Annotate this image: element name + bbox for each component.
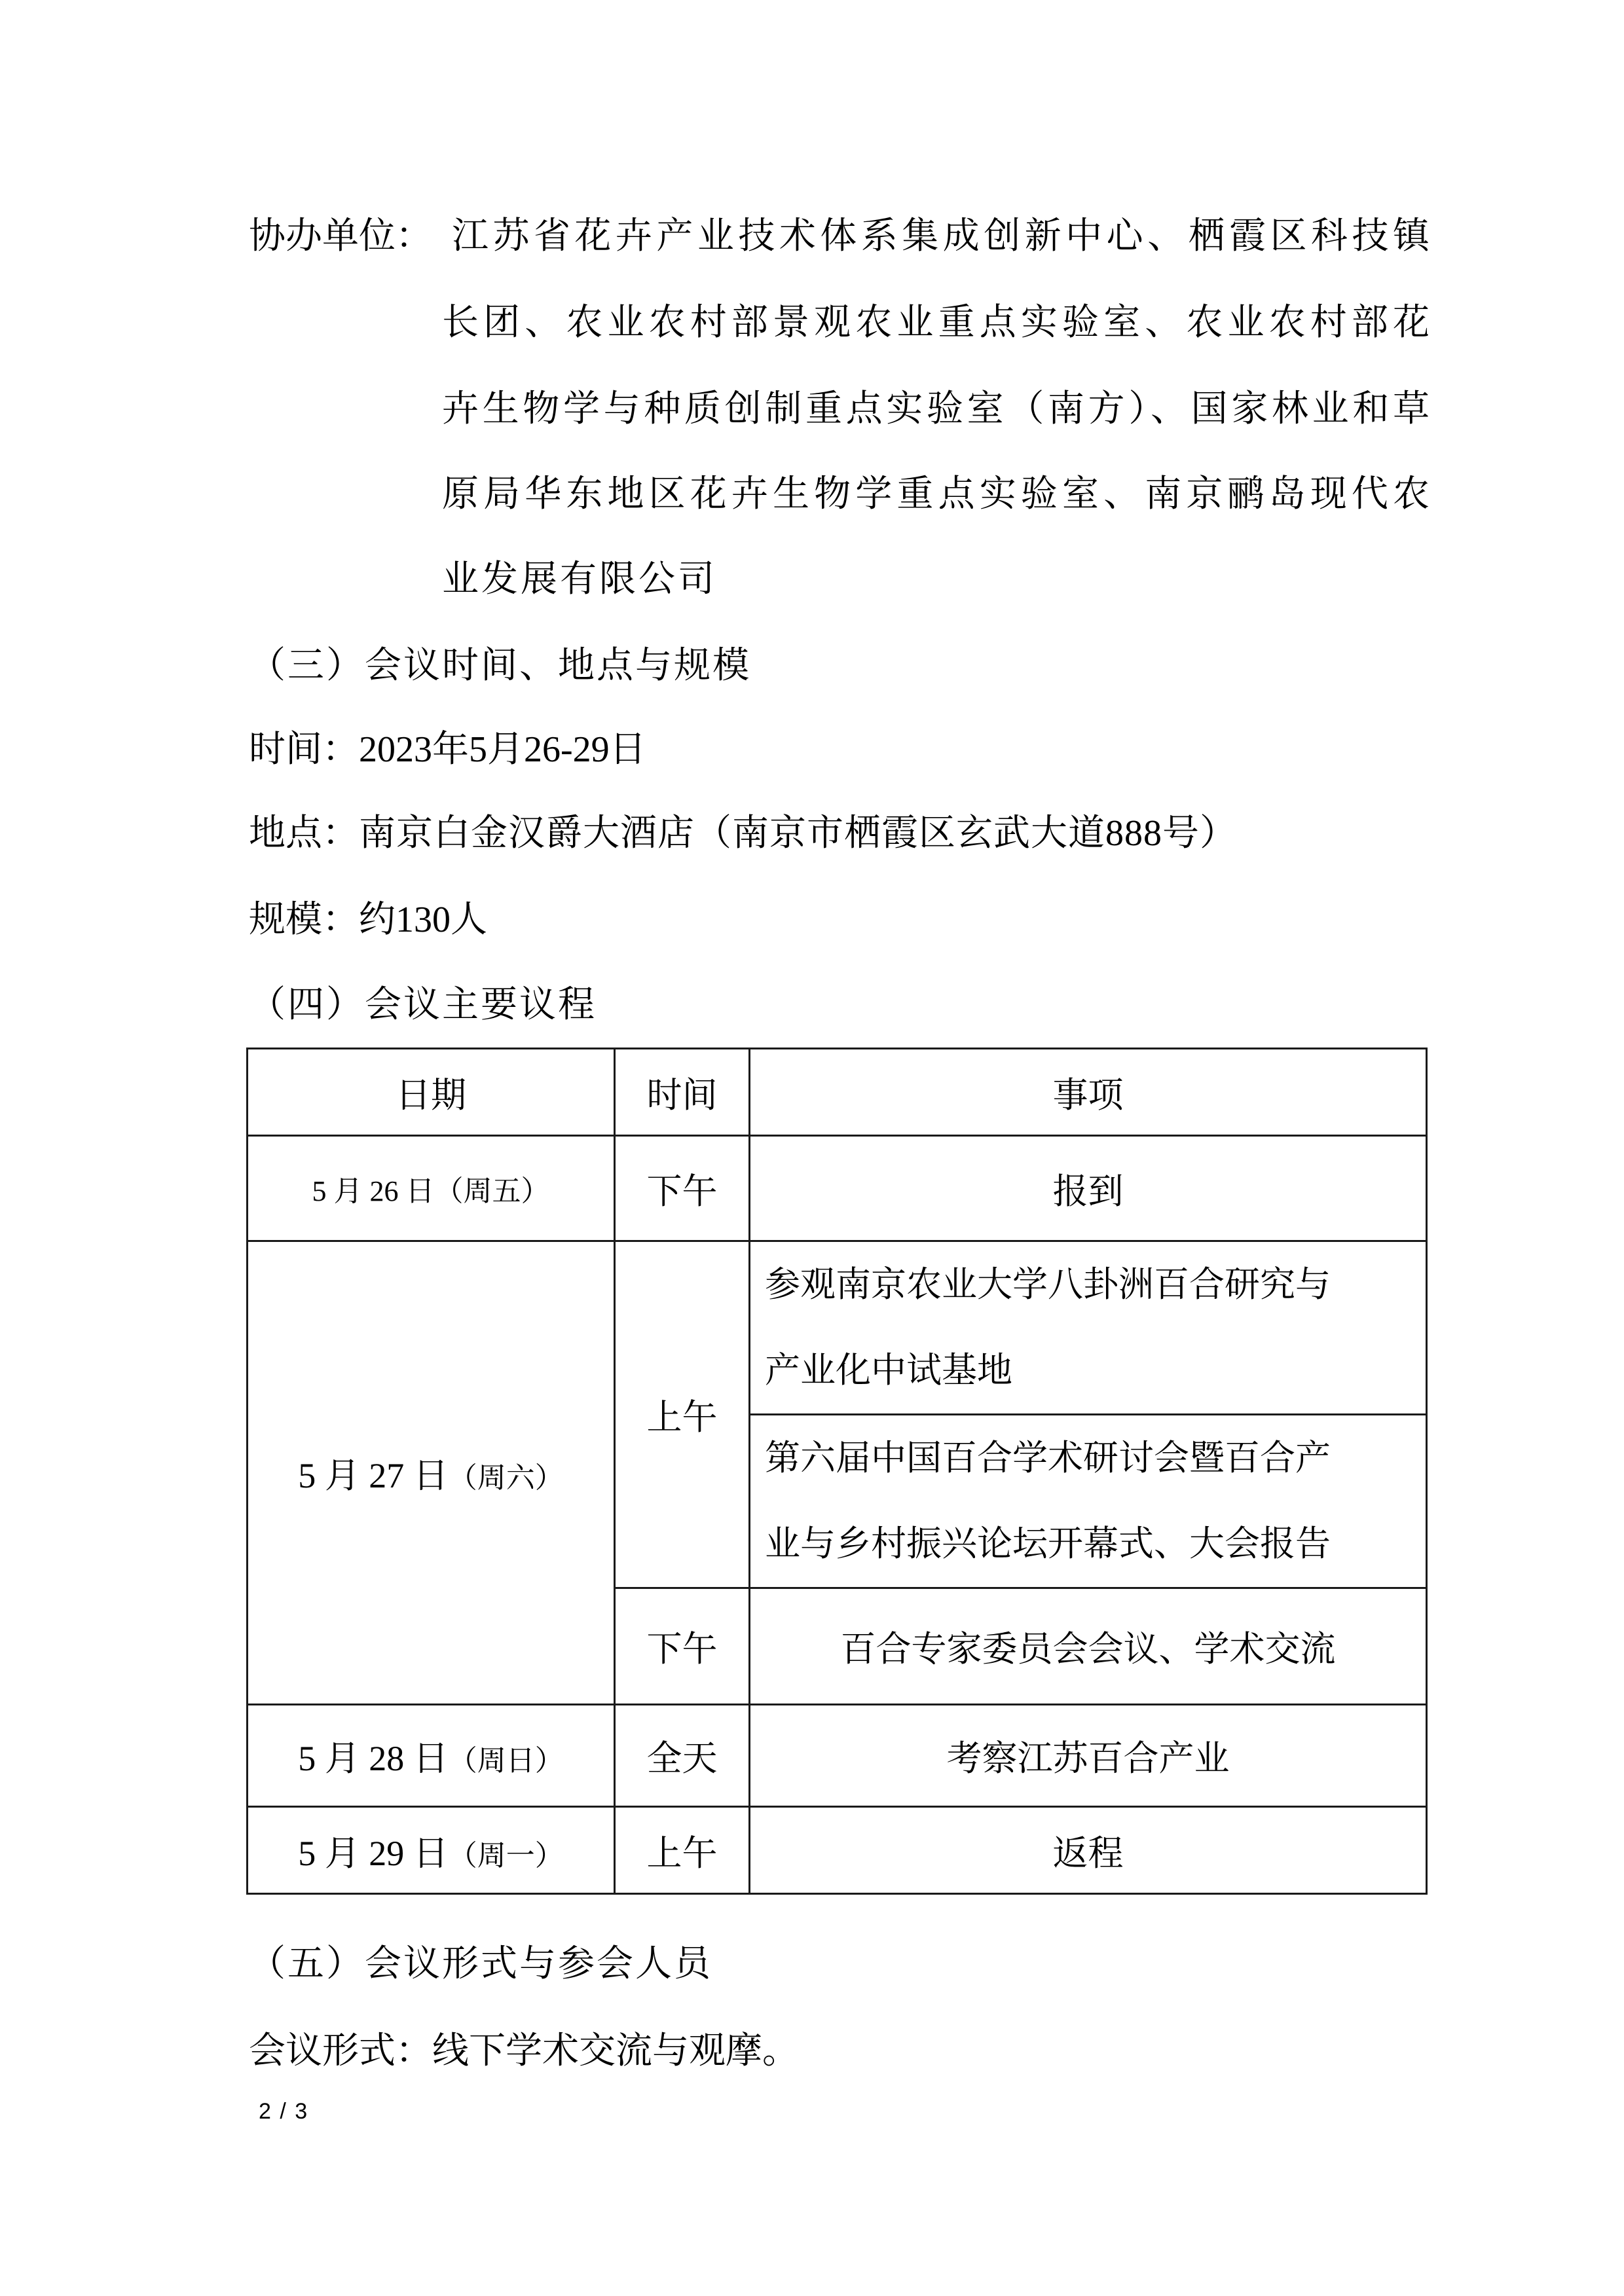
table-row: 5 月 28 日（周日） 全天 考察江苏百合产业 <box>248 1705 1427 1807</box>
date-weekday: （周日） <box>449 1745 564 1777</box>
table-row: 5 月 29 日（周一） 上午 返程 <box>248 1807 1427 1894</box>
date-main: 5 月 28 日 <box>298 1739 449 1778</box>
time-cell: 上午 <box>615 1807 750 1894</box>
event-cell: 参观南京农业大学八卦洲百合研究与 产业化中试基地 <box>750 1241 1427 1415</box>
time-line: 时间：2023年5月26-29日 <box>249 723 646 776</box>
date-weekday: （周五） <box>435 1175 550 1207</box>
date-main: 5 月 29 日 <box>298 1834 449 1873</box>
time-label: 时间： <box>249 729 359 770</box>
date-cell: 5 月 28 日（周日） <box>248 1705 615 1807</box>
agenda-header-row: 日期 时间 事项 <box>248 1049 1427 1136</box>
document-page: 协办单位： 江苏省花卉产业技术体系集成创新中心、栖霞区科技镇 长团、农业农村部景… <box>0 0 1624 2296</box>
cooperating-units-line-5: 业发展有限公司 <box>442 553 717 606</box>
time-cell: 下午 <box>615 1588 750 1705</box>
cooperating-units-line-4: 原局华东地区花卉生物学重点实验室、南京鹂岛现代农 <box>442 468 1430 520</box>
cooperating-units-line-2: 长团、农业农村部景观农业重点实验室、农业农村部花 <box>442 297 1430 349</box>
section5-heading: （五）会议形式与参会人员 <box>249 1938 712 1990</box>
header-time: 时间 <box>615 1049 750 1136</box>
scale-value: 约130人 <box>359 900 487 940</box>
scale-line: 规模：约130人 <box>249 894 487 946</box>
cooperating-units-text: 江苏省花卉产业技术体系集成创新中心、栖霞区科技镇 <box>452 210 1430 263</box>
event-line: 产业化中试基地 <box>765 1328 1426 1413</box>
place-line: 地点：南京白金汉爵大酒店（南京市栖霞区玄武大道888号） <box>249 807 1237 860</box>
event-cell: 考察江苏百合产业 <box>750 1705 1427 1807</box>
table-row: 5 月 27 日（周六） 上午 参观南京农业大学八卦洲百合研究与 产业化中试基地 <box>248 1241 1427 1415</box>
event-cell: 报到 <box>750 1136 1427 1241</box>
table-row: 5 月 26 日（周五） 下午 报到 <box>248 1136 1427 1241</box>
event-cell: 百合专家委员会会议、学术交流 <box>750 1588 1427 1705</box>
format-label: 会议形式： <box>249 2031 432 2071</box>
event-line: 业与乡村振兴论坛开幕式、大会报告 <box>765 1501 1426 1587</box>
header-date: 日期 <box>248 1049 615 1136</box>
date-main: 5 月 26 日 <box>312 1175 435 1207</box>
time-cell: 下午 <box>615 1136 750 1241</box>
cooperating-units-line-3: 卉生物学与种质创制重点实验室（南方）、国家林业和草 <box>442 383 1430 435</box>
format-value: 线下学术交流与观摩。 <box>432 2031 799 2071</box>
event-line: 参观南京农业大学八卦洲百合研究与 <box>765 1242 1426 1328</box>
header-event: 事项 <box>750 1049 1427 1136</box>
event-cell: 返程 <box>750 1807 1427 1894</box>
cooperating-units-line-1: 协办单位： 江苏省花卉产业技术体系集成创新中心、栖霞区科技镇 <box>249 210 1430 263</box>
section4-heading: （四）会议主要议程 <box>249 979 597 1031</box>
date-main: 5 月 27 日 <box>298 1456 449 1495</box>
date-cell: 5 月 27 日（周六） <box>248 1241 615 1705</box>
time-value: 2023年5月26-29日 <box>359 729 646 770</box>
page-number: 2 / 3 <box>259 2098 308 2124</box>
scale-label: 规模： <box>249 900 359 940</box>
place-label: 地点： <box>249 813 359 854</box>
date-weekday: （周六） <box>449 1462 564 1494</box>
date-weekday: （周一） <box>449 1840 564 1872</box>
section3-heading: （三）会议时间、地点与规模 <box>249 640 751 692</box>
cooperating-units-label: 协办单位： <box>249 210 432 263</box>
format-line: 会议形式：线下学术交流与观摩。 <box>249 2025 799 2077</box>
time-cell: 上午 <box>615 1241 750 1588</box>
date-cell: 5 月 29 日（周一） <box>248 1807 615 1894</box>
event-line: 第六届中国百合学术研讨会暨百合产 <box>765 1415 1426 1501</box>
date-cell: 5 月 26 日（周五） <box>248 1136 615 1241</box>
time-cell: 全天 <box>615 1705 750 1807</box>
event-cell: 第六届中国百合学术研讨会暨百合产 业与乡村振兴论坛开幕式、大会报告 <box>750 1415 1427 1588</box>
agenda-table: 日期 时间 事项 5 月 26 日（周五） 下午 报到 5 月 27 日（周六）… <box>246 1048 1428 1895</box>
place-value: 南京白金汉爵大酒店（南京市栖霞区玄武大道888号） <box>359 813 1237 854</box>
